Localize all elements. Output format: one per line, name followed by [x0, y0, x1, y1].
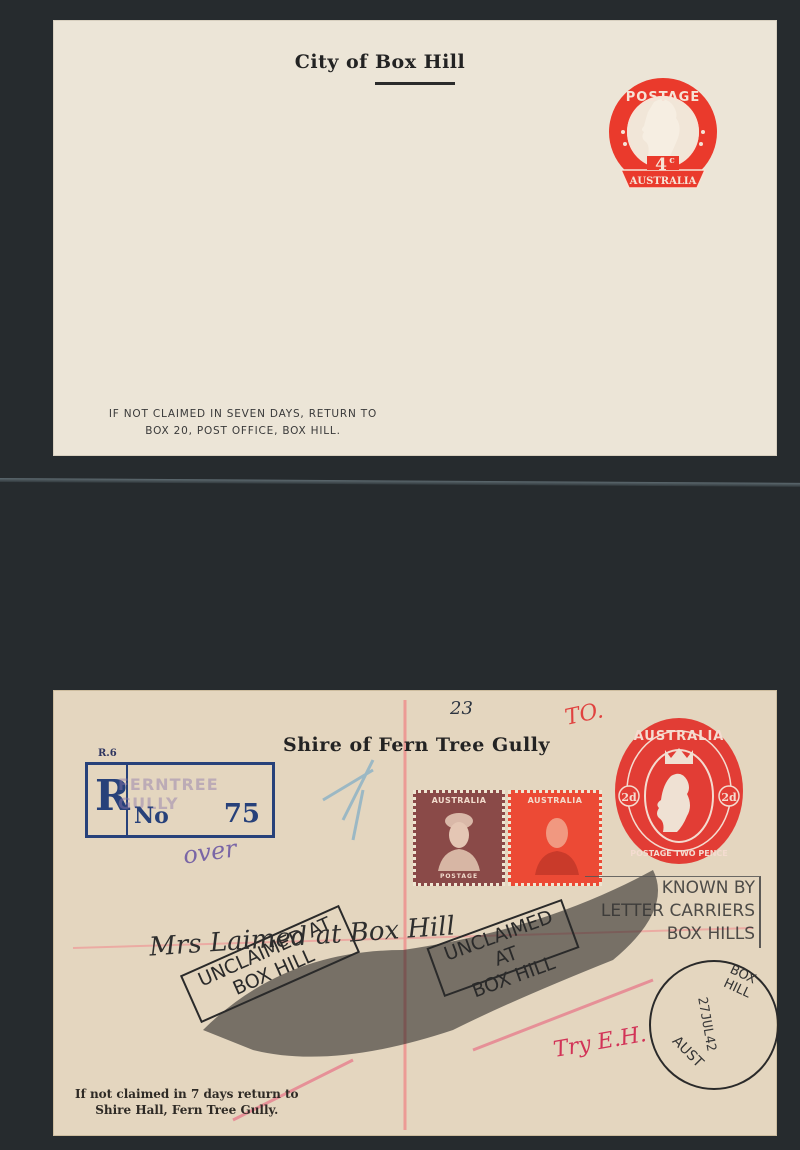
- return-notice-line: If not claimed in 7 days return to: [75, 1086, 299, 1102]
- return-notice: If not claimed in 7 days return to Shire…: [75, 1086, 299, 1118]
- slogan-line: LETTER CARRIERS: [585, 900, 755, 923]
- adhesive-stamp-queen: AUSTRALIA POSTAGE: [413, 790, 505, 886]
- slogan-line: KNOWN BY: [585, 877, 755, 900]
- registration-number: 75: [224, 799, 260, 829]
- stamp-country: AUSTRALIA: [511, 796, 599, 805]
- registration-label: R.6 R FERNTREE GULLY No 75: [83, 760, 293, 850]
- svg-text:2d: 2d: [721, 791, 737, 804]
- imprinted-stamp-4c: POSTAGE 4 c AUSTRALIA: [599, 78, 727, 196]
- adhesive-stamp-king: AUSTRALIA: [508, 790, 602, 886]
- return-notice: IF NOT CLAIMED IN SEVEN DAYS, RETURN TO …: [83, 406, 403, 440]
- imprinted-stamp-2d: 2d 2d AUSTRALIA POSTAGE TWO PENCE: [613, 716, 745, 866]
- svg-text:AUSTRALIA: AUSTRALIA: [629, 176, 697, 187]
- envelope-heading: Shire of Fern Tree Gully: [283, 734, 550, 756]
- registration-form-code: R.6: [98, 748, 117, 759]
- registration-number-prefix: No: [134, 803, 169, 829]
- stamp-bottom-text: POSTAGE: [416, 873, 502, 880]
- envelope-shire-of-fern-tree-gully: 23 TO. Shire of Fern Tree Gully R.6 R FE…: [53, 690, 777, 1136]
- svg-text:AUSTRALIA: AUSTRALIA: [634, 729, 725, 744]
- box-hill-postmark: BOX HILL 27JUL42 AUST: [649, 960, 779, 1090]
- slogan-cancel: KNOWN BY LETTER CARRIERS BOX HILLS: [585, 876, 761, 948]
- svg-text:4: 4: [655, 155, 667, 175]
- return-notice-line: IF NOT CLAIMED IN SEVEN DAYS, RETURN TO: [83, 406, 403, 423]
- return-notice-line: Shire Hall, Fern Tree Gully.: [75, 1102, 299, 1118]
- svg-text:2d: 2d: [621, 791, 637, 804]
- envelope-city-of-box-hill: City of Box Hill POSTAGE 4 c AUSTRALIA I…: [53, 20, 777, 456]
- svg-text:c: c: [669, 156, 675, 166]
- envelope-heading: City of Box Hill: [53, 51, 777, 73]
- svg-text:POSTAGE: POSTAGE: [626, 90, 700, 105]
- pencil-note: 23: [450, 698, 473, 719]
- stamp-country: AUSTRALIA: [416, 796, 502, 805]
- portrait-queen-icon: [436, 809, 482, 871]
- slogan-line: BOX HILLS: [585, 923, 755, 946]
- heading-underline: [375, 82, 455, 85]
- svg-text:POSTAGE TWO PENCE: POSTAGE TWO PENCE: [630, 849, 728, 858]
- registration-box: R FERNTREE GULLY No 75: [85, 762, 275, 838]
- portrait-king-icon: [535, 811, 579, 875]
- postmark-date: 27JUL42: [694, 996, 718, 1053]
- return-notice-line: BOX 20, POST OFFICE, BOX HILL.: [83, 423, 403, 440]
